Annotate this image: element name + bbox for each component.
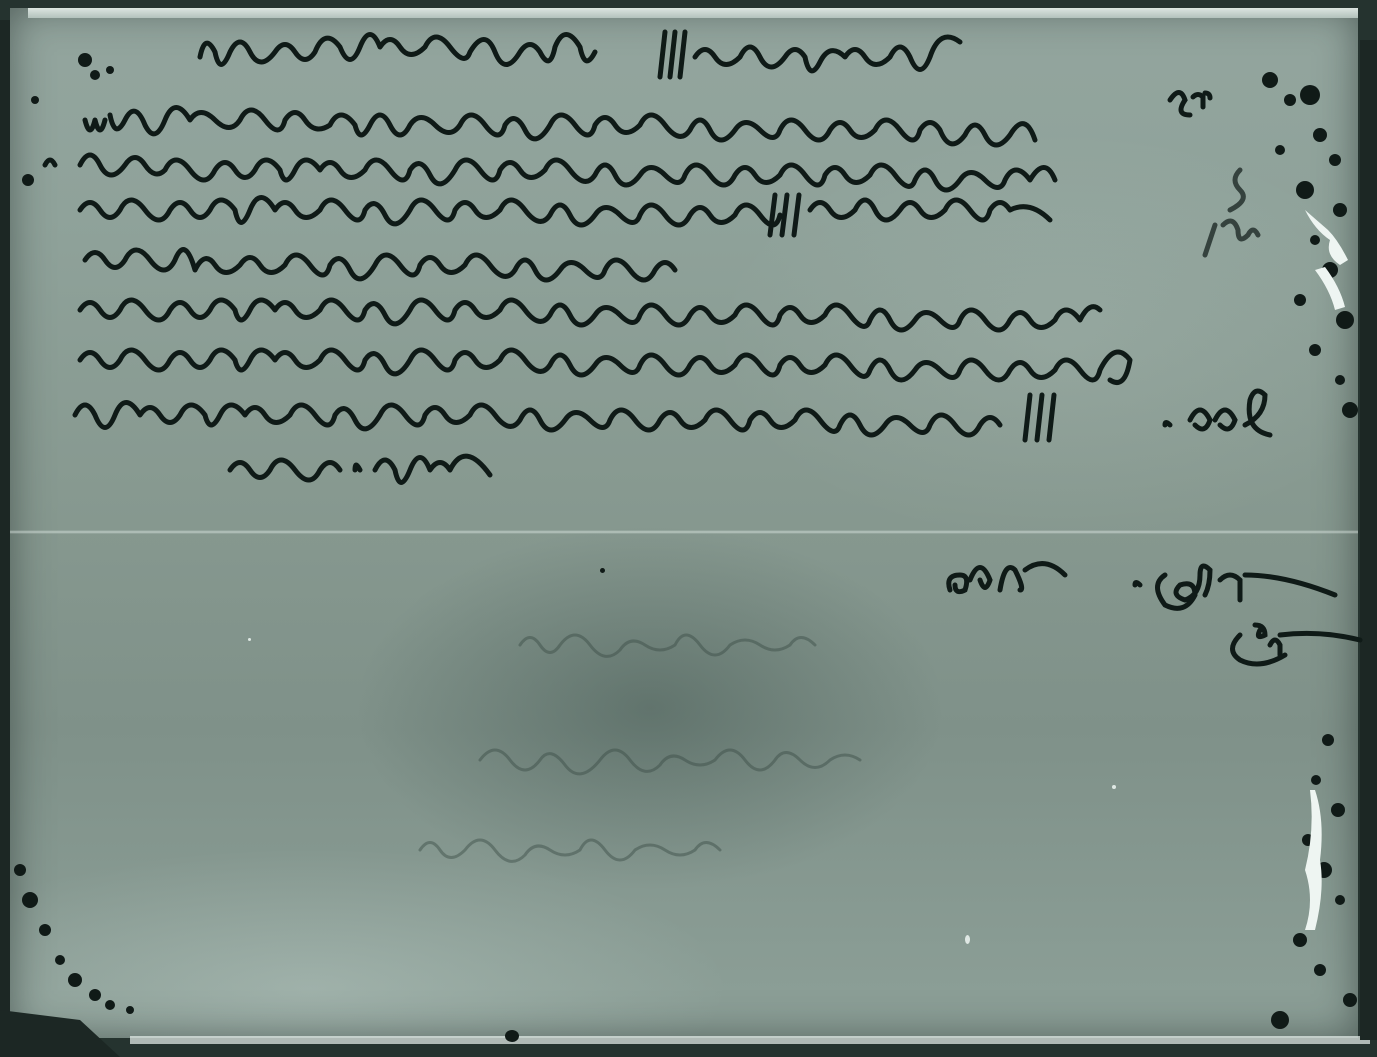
text-line-3: Line 3 — Balinese script: [40, 135, 1080, 190]
signature-word-1: Signature word 1 (Balinese script): [940, 545, 1080, 605]
signature-word-2: Signature word 2 (Balinese script): [1125, 555, 1345, 615]
speck: [1112, 785, 1116, 789]
text-line-8: Line 8 — Balinese script: [70, 385, 1090, 445]
text-line-5: Line 5 — Balinese script (short line): [80, 230, 610, 285]
speck: [248, 638, 251, 641]
main-text-block: Line 1 — heading line, Balinese script (…: [0, 0, 1377, 1057]
speck: [505, 1030, 519, 1042]
text-line-9: Line 9 — Balinese script (closing, inden…: [225, 445, 495, 495]
text-line-6: Line 6 — Balinese script: [75, 285, 1115, 340]
text-line-1: Line 1 — heading line, Balinese script (…: [195, 22, 950, 82]
margin-note-right-mid: Marginal annotation (right, faint): [1195, 165, 1265, 260]
margin-note-top-right: Marginal numeral/mark (top right): [1165, 85, 1215, 120]
speck: [965, 935, 970, 944]
signature-flourish: Signature flourish (Balinese script): [1220, 615, 1370, 670]
margin-note-right-lower: Marginal word (right of line 8): [1155, 385, 1285, 445]
speck: [600, 568, 605, 573]
manuscript-photo: Faint show-through text from reverse sid…: [0, 0, 1377, 1057]
text-line-7: Line 7 — Balinese script: [75, 335, 1165, 390]
